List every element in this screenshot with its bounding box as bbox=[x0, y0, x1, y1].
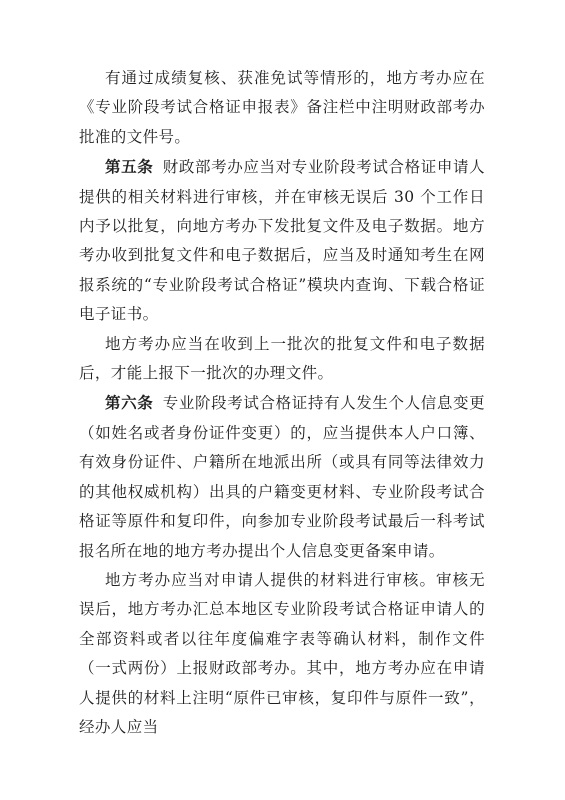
paragraph-batch-rule: 地方考办应当在收到上一批次的批复文件和电子数据后，才能上报下一批次的办理文件。 bbox=[79, 330, 485, 389]
article-5-number: 第五条 bbox=[105, 157, 153, 176]
paragraph-text: 有通过成绩复核、获准免试等情形的，地方考办应在《专业阶段考试合格证申报表》备注栏… bbox=[79, 69, 485, 146]
paragraph-review-procedure: 地方考办应当对申请人提供的材料进行审核。审核无误后，地方考办汇总本地区专业阶段考… bbox=[79, 566, 485, 742]
document-page: 有通过成绩复核、获准免试等情形的，地方考办应在《专业阶段考试合格证申报表》备注栏… bbox=[0, 0, 565, 800]
document-body: 有通过成绩复核、获准免试等情形的，地方考办应在《专业阶段考试合格证申报表》备注栏… bbox=[79, 64, 485, 742]
paragraph-text: 地方考办应当在收到上一批次的批复文件和电子数据后，才能上报下一批次的办理文件。 bbox=[79, 335, 485, 382]
paragraph-article-5: 第五条财政部考办应当对专业阶段考试合格证申请人提供的相关材料进行审核，并在审核无… bbox=[79, 152, 485, 329]
article-6-number: 第六条 bbox=[105, 393, 153, 412]
paragraph-text: 专业阶段考试合格证持有人发生个人信息变更（如姓名或者身份证件变更）的，应当提供本… bbox=[79, 394, 485, 559]
paragraph-article-6: 第六条专业阶段考试合格证持有人发生个人信息变更（如姓名或者身份证件变更）的，应当… bbox=[79, 388, 485, 565]
paragraph-remarks-note: 有通过成绩复核、获准免试等情形的，地方考办应在《专业阶段考试合格证申报表》备注栏… bbox=[79, 64, 485, 152]
paragraph-text: 地方考办应当对申请人提供的材料进行审核。审核无误后，地方考办汇总本地区专业阶段考… bbox=[79, 571, 485, 736]
paragraph-text: 财政部考办应当对专业阶段考试合格证申请人提供的相关材料进行审核，并在审核无误后 … bbox=[79, 158, 485, 323]
